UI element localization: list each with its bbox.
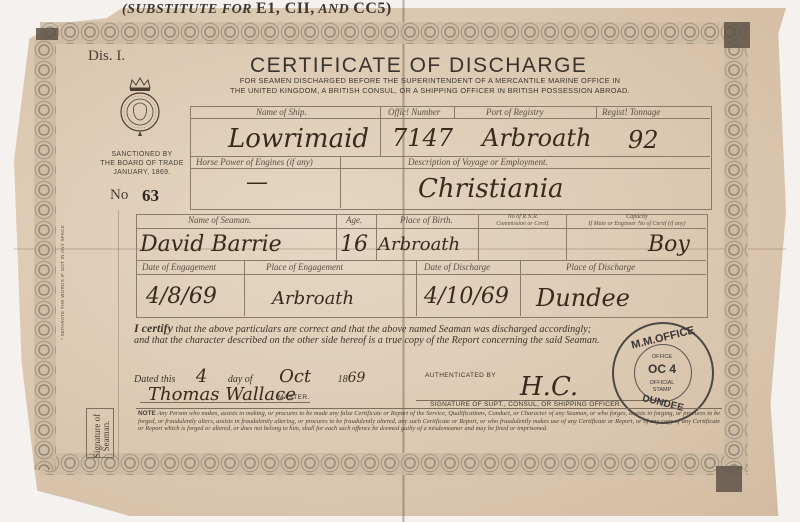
authenticated-by-label: AUTHENTICATED BY xyxy=(425,372,496,379)
table-col-rule xyxy=(380,106,381,156)
value-name-of-seaman: David Barrie xyxy=(140,232,282,257)
substitute-note: (SUBSTITUTE FOR E1, CII, AND CC5) xyxy=(122,0,392,18)
label-capacity: Capacity If Mate or Engineer No of Certi… xyxy=(570,214,704,228)
table-col-rule xyxy=(566,214,567,260)
value-registered-tonnage: 92 xyxy=(628,126,659,154)
certification-text: I certify that the above particulars are… xyxy=(134,323,604,346)
form-code: Dis. I. xyxy=(88,48,125,65)
value-description-voyage: Christiania xyxy=(418,174,564,204)
value-date-of-engagement: 4/8/69 xyxy=(146,284,217,309)
stamp-center-text: OFFICE xyxy=(634,354,690,361)
subtitle-line: FOR SEAMEN DISCHARGED BEFORE THE SUPERIN… xyxy=(180,76,680,86)
note-label: NOTE xyxy=(138,410,156,417)
label-description-voyage: Description of Voyage or Employment. xyxy=(408,157,548,167)
value-date-of-discharge: 4/10/69 xyxy=(424,284,509,309)
label-horse-power: Horse Power of Engines (if any) xyxy=(196,157,313,167)
number-label-text: No xyxy=(110,187,128,203)
label-name-of-ship: Name of Ship. xyxy=(256,107,307,117)
certificate-number-label: No xyxy=(110,187,128,204)
label-place-of-discharge: Place of Discharge xyxy=(566,262,635,272)
value-age: 16 xyxy=(340,232,368,257)
table-col-rule xyxy=(244,260,245,316)
label-port-of-registry: Port of Registry xyxy=(486,107,544,117)
sanctioned-line: JANUARY, 1869. xyxy=(94,168,190,177)
table-rule xyxy=(190,168,710,169)
master-label: MASTER. xyxy=(278,394,310,401)
document-subtitle: FOR SEAMEN DISCHARGED BEFORE THE SUPERIN… xyxy=(180,76,680,96)
consul-signature-label: SIGNATURE OF SUPT., CONSUL, OR SHIPPING … xyxy=(430,401,622,408)
stamp-mid-line: OFFICIAL xyxy=(634,380,690,387)
value-capacity: Boy xyxy=(648,232,690,257)
stamp-mid-line: OFFICE xyxy=(634,354,690,361)
substitute-forms: E1, CII, xyxy=(256,0,315,17)
dated-year-prefix: 18 xyxy=(338,374,348,385)
table-col-rule xyxy=(336,214,337,260)
label-capacity-line: Capacity xyxy=(570,214,704,221)
master-signature-line xyxy=(140,402,310,403)
table-col-rule xyxy=(478,214,479,260)
label-capacity-sub: If Mate or Engineer No of Certif (if any… xyxy=(570,221,704,228)
certificate-number: 63 xyxy=(142,186,159,206)
dated-year-suffix: 69 xyxy=(348,370,366,386)
table-col-rule xyxy=(340,156,341,208)
seaman-signature-box: Signature of Seaman. xyxy=(86,408,114,458)
value-official-number: 7147 xyxy=(392,124,453,152)
label-rnr-line: No of R.N.R. xyxy=(482,214,564,221)
label-date-of-engagement: Date of Engagement xyxy=(142,262,216,272)
value-port-of-registry: Arbroath xyxy=(482,124,592,152)
royal-crest-icon xyxy=(118,74,162,138)
value-horse-power: — xyxy=(246,170,268,195)
border-corner-ornament xyxy=(724,22,750,48)
legal-note: NOTE Any Person who makes, assists in ma… xyxy=(138,410,720,433)
label-date-of-discharge: Date of Discharge xyxy=(424,262,490,272)
sanctioned-by-text: SANCTIONED BY THE BOARD OF TRADE JANUARY… xyxy=(94,150,190,177)
note-text: Any Person who makes, assists in making,… xyxy=(138,410,720,432)
value-place-of-engagement: Arbroath xyxy=(272,288,354,309)
substitute-prefix: (SUBSTITUTE FOR xyxy=(122,2,256,17)
certify-cap: I certify xyxy=(134,321,173,335)
sanctioned-line: SANCTIONED BY xyxy=(94,150,190,159)
table-col-rule xyxy=(596,106,597,118)
substitute-last: CC5) xyxy=(353,0,391,17)
subtitle-line: THE UNITED KINGDOM, A BRITISH CONSUL, OR… xyxy=(180,86,680,96)
seaman-signature-label: Signature of Seaman. xyxy=(93,411,111,461)
label-age: Age. xyxy=(346,215,362,225)
certify-body: that the above particulars are correct a… xyxy=(134,324,600,346)
border-corner-ornament xyxy=(36,28,58,40)
table-col-rule xyxy=(376,214,377,260)
substitute-and: AND xyxy=(315,2,354,17)
label-place-of-engagement: Place of Engagement xyxy=(266,262,343,272)
note-divider xyxy=(136,408,722,409)
official-signature: H.C. xyxy=(520,372,578,402)
table-col-rule xyxy=(520,260,521,316)
label-rnr: No of R.N.R. Commission or Certif. xyxy=(482,214,564,228)
value-name-of-ship: Lowrimaid xyxy=(228,124,369,154)
label-place-of-birth: Place of Birth. xyxy=(400,215,453,225)
table-col-rule xyxy=(454,106,455,118)
label-official-number: Offic! Number xyxy=(388,107,440,117)
margin-vertical-note: * SEPARATE THE WORDS IF NOT IN ANY SPACE xyxy=(60,225,65,340)
ornamental-border-bottom xyxy=(40,453,748,475)
ornamental-border-left xyxy=(34,40,56,470)
ornamental-border-right xyxy=(724,40,748,470)
table-rule xyxy=(136,260,706,261)
value-place-of-birth: Arbroath xyxy=(378,234,460,255)
label-registered-tonnage: Regist! Tonnage xyxy=(602,107,660,117)
label-name-of-seaman: Name of Seaman. xyxy=(188,215,251,225)
sanctioned-line: THE BOARD OF TRADE xyxy=(94,159,190,168)
border-corner-ornament xyxy=(716,466,742,492)
stamp-date: OC 4 xyxy=(634,362,690,376)
value-place-of-discharge: Dundee xyxy=(536,284,630,312)
table-col-rule xyxy=(416,260,417,316)
table-rule xyxy=(190,118,710,119)
table-rule xyxy=(136,274,706,275)
ornamental-border-top xyxy=(40,22,748,44)
document-title: CERTIFICATE OF DISCHARGE xyxy=(250,54,587,78)
margin-cut-line xyxy=(118,210,119,460)
label-rnr-sub: Commission or Certif. xyxy=(482,221,564,228)
table-rule xyxy=(136,228,706,229)
